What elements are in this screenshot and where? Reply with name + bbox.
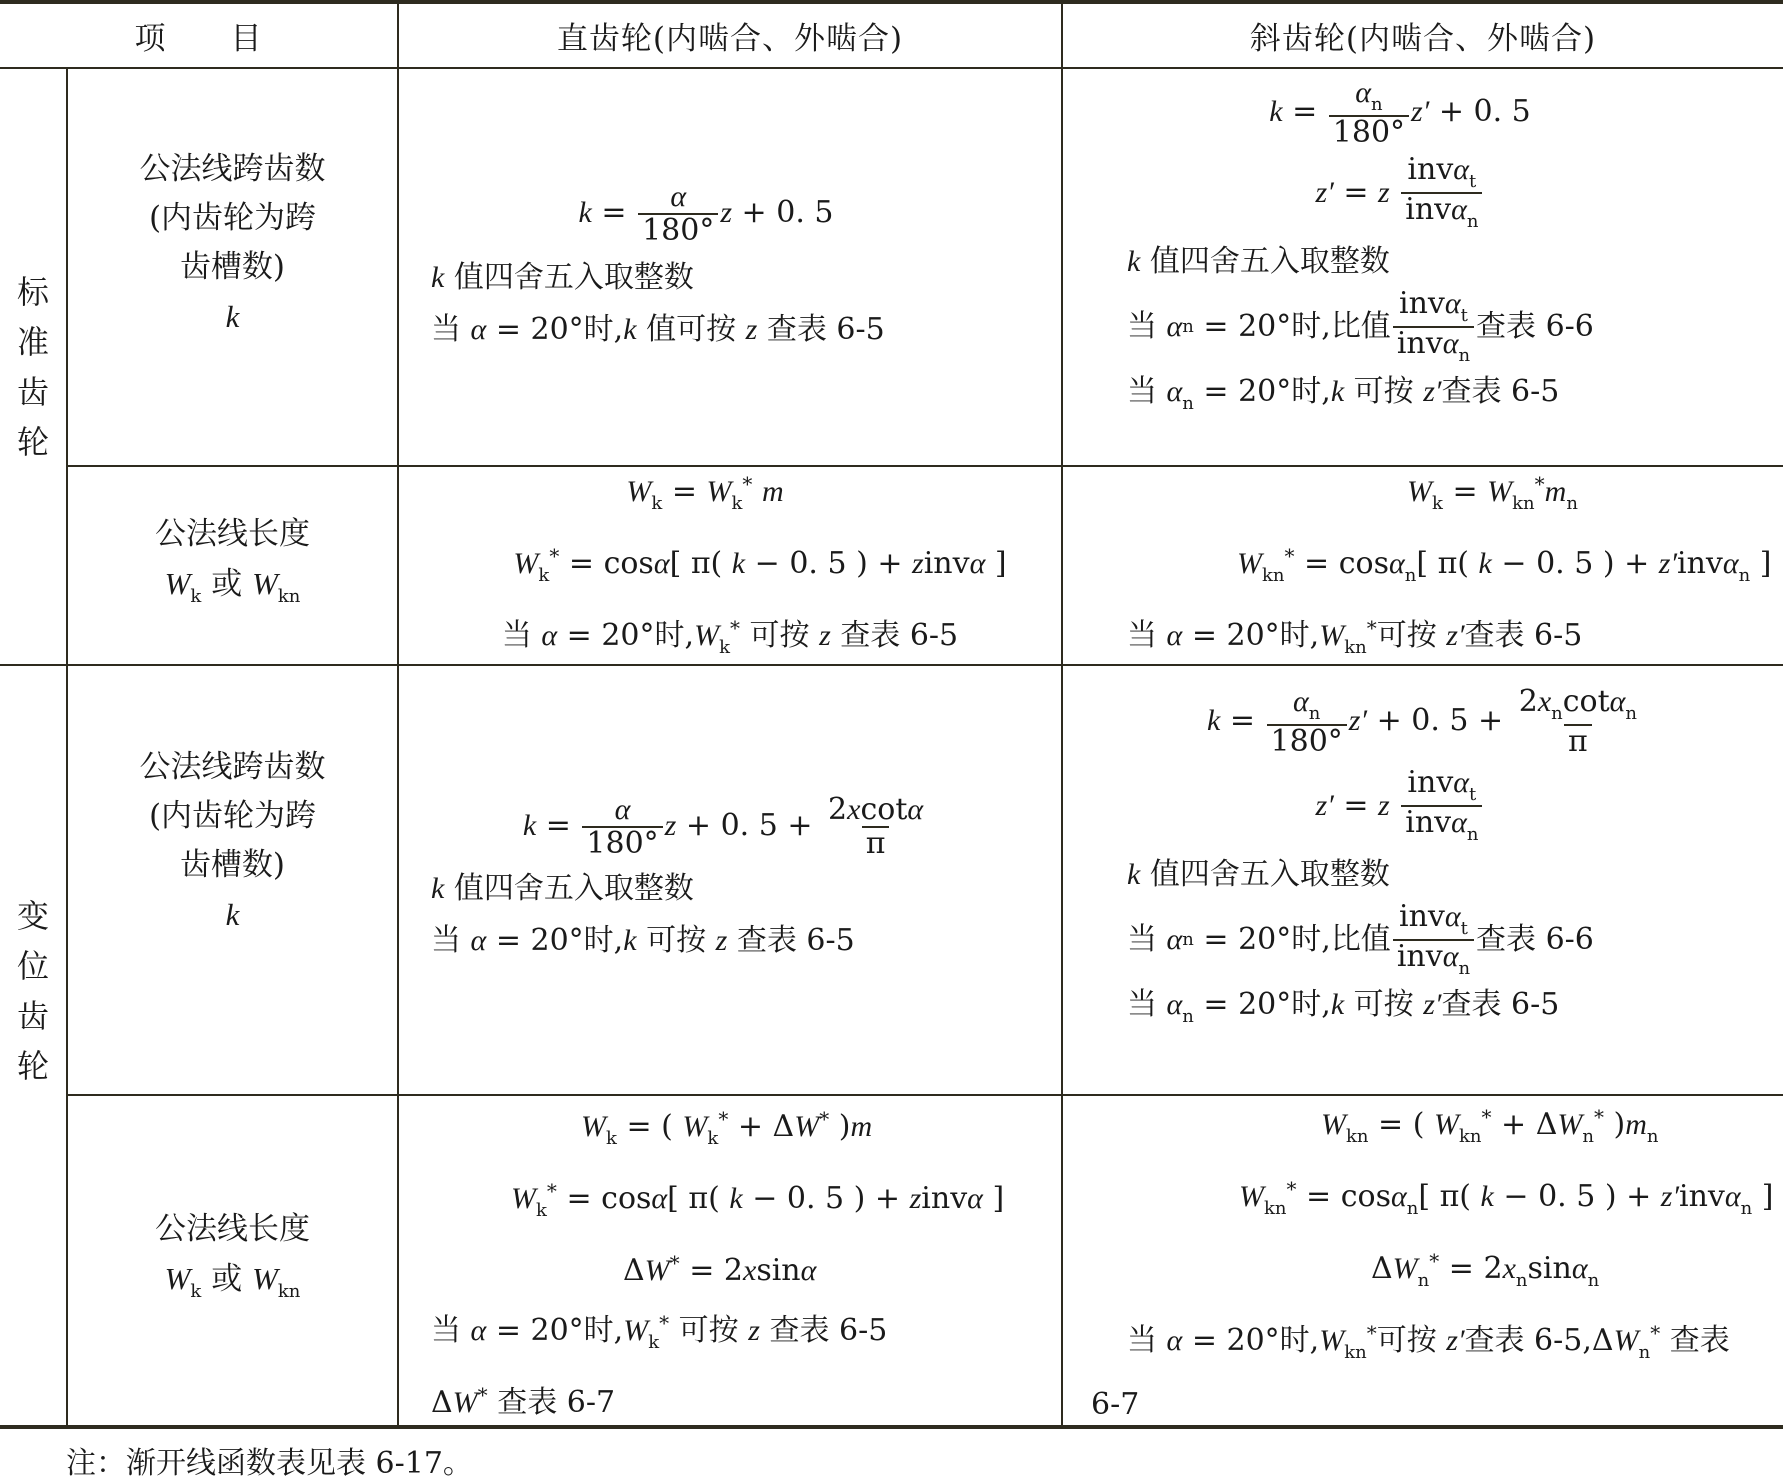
spur-span-count-modified-cell: k = α180° z + 0. 5 + 2xcotαπ k 值四舍五入取整数 … <box>399 666 1061 1094</box>
fraction: αn180° <box>1329 77 1409 148</box>
helical-normal-length-cell: Wk = Wkn*mn Wkn* = cosαn[ π( k − 0. 5 ) … <box>1063 467 1783 664</box>
var-z: z <box>748 1314 760 1347</box>
op-eq: = <box>557 1181 601 1216</box>
fn: inv <box>1397 939 1443 974</box>
table-ref: 查表 6-6 <box>1476 914 1594 966</box>
var-alpha: α <box>471 924 487 957</box>
var-k: k <box>1331 988 1344 1021</box>
gear-formula-table: 项 目 直齿轮(内啮合、外啮合) 斜齿轮(内啮合、外啮合) 标 准 齿 轮 公法… <box>0 0 1783 1428</box>
var-alpha: α <box>1167 1324 1183 1357</box>
numerator: α <box>666 181 690 213</box>
var-W: W <box>1321 1108 1346 1141</box>
lookup-note: 当 αn = 20°时,k 可按 z′查表 6-5 <box>1127 366 1783 430</box>
var-z: z <box>1378 176 1390 211</box>
var-x: x <box>1503 1252 1516 1285</box>
var-alpha: α <box>1451 806 1467 839</box>
op-plus: + <box>1469 704 1513 739</box>
op-plus: + <box>728 1109 772 1144</box>
category-char: 齿 <box>17 991 49 1041</box>
fraction: invαtinvαn <box>1401 154 1482 232</box>
var-alpha: α <box>651 1182 667 1215</box>
subscript: kn <box>1264 1198 1287 1219</box>
subscript: k <box>190 1281 201 1302</box>
fraction: invαtinvαn <box>1401 767 1482 845</box>
formula-k-modified: k = α180° z + 0. 5 + 2xcotαπ <box>431 794 1061 859</box>
number: 2 <box>1483 1251 1502 1286</box>
superscript: * <box>547 1179 557 1203</box>
var-k: k <box>1481 1180 1494 1213</box>
subscript: n <box>1458 345 1470 366</box>
item-line: (内齿轮为跨 <box>149 194 316 243</box>
var-k: k <box>732 547 745 580</box>
op-eq: = <box>536 809 580 844</box>
var-zprime: z′ <box>1349 704 1367 739</box>
text: [ π( <box>1418 1179 1480 1214</box>
op-eq: = <box>592 196 636 231</box>
delta: Δ <box>773 1109 795 1144</box>
lookup-note: 当 α = 20°时,k 值可按 z 查表 6-5 <box>431 304 1061 356</box>
subscript: n <box>1739 565 1751 586</box>
item-normal-length-modified: 公法线长度 Wk 或 Wkn <box>68 1096 397 1425</box>
fn: cot <box>1563 684 1610 719</box>
subscript: kn <box>278 1281 301 1302</box>
formula-k: k = α180° z + 0. 5 <box>431 181 1061 246</box>
category-char: 变 <box>17 891 49 941</box>
item-symbol: Wk 或 Wkn <box>165 559 301 621</box>
header-item-label: 项 目 <box>135 13 263 58</box>
fn: inv <box>921 1181 967 1216</box>
subscript: t <box>1461 918 1468 939</box>
superscript: * <box>1594 1105 1604 1129</box>
fn: cos <box>601 1181 651 1216</box>
text: − 0. 5 ) + <box>1494 1179 1661 1214</box>
subscript: kn <box>1344 1342 1367 1363</box>
lookup-note: 当 α = 20°时,Wk* 可按 z 查表 6-5 <box>502 602 958 674</box>
op-eq: = <box>1283 95 1327 130</box>
var-W: W <box>1319 1324 1344 1357</box>
denominator: π <box>862 826 890 860</box>
superscript: * <box>1429 1249 1439 1273</box>
var-alpha: α <box>654 547 670 580</box>
var-alpha: α <box>1167 988 1183 1021</box>
var-x: x <box>1538 685 1551 718</box>
subscript: k <box>648 1332 659 1353</box>
superscript: * <box>1287 1177 1297 1201</box>
fn: inv <box>1399 286 1445 321</box>
number: 0. 5 <box>776 196 833 231</box>
subscript: n <box>1371 94 1383 115</box>
item-symbol: k <box>226 292 240 341</box>
op-eq: = <box>1334 789 1378 824</box>
var-W: W <box>581 1110 606 1143</box>
superscript: * <box>478 1383 488 1407</box>
var-alpha: α <box>1445 900 1461 933</box>
formula-k-helical: k = αn180° z′ + 0. 5 <box>1127 77 1783 148</box>
text: ( <box>1413 1107 1434 1142</box>
var-zprime: z′ <box>1661 1180 1679 1213</box>
var-k: k <box>729 1182 742 1215</box>
var-k: k <box>1207 704 1220 739</box>
text: 或 <box>201 1261 252 1297</box>
var-alpha: α <box>1453 153 1469 186</box>
var-W: W <box>1393 1252 1418 1285</box>
header-spur-label: 直齿轮(内啮合、外啮合) <box>557 13 903 58</box>
var-z: z <box>716 924 728 957</box>
subscript: n <box>1516 1270 1528 1291</box>
var-W: W <box>1434 1108 1459 1141</box>
var-alpha: α <box>1725 1180 1741 1213</box>
var-alpha: α <box>1167 301 1183 353</box>
text: 比值 <box>1331 914 1391 966</box>
var-k: k <box>1331 375 1344 408</box>
spur-normal-length-modified-cell: Wk = ( Wk* + ΔW* )m Wk* = cosα[ π( k − 0… <box>399 1096 1061 1425</box>
var-W: W <box>682 1110 707 1143</box>
var-W: W <box>513 547 538 580</box>
table-ref: 查表 6-6 <box>1476 301 1594 353</box>
var-alpha: α <box>471 313 487 346</box>
op-eq: = <box>1297 1179 1341 1214</box>
op-eq: = <box>1443 474 1487 509</box>
subscript: n <box>1566 493 1578 514</box>
text: ] <box>1750 546 1771 581</box>
subscript: n <box>1309 703 1321 724</box>
op-plus: + <box>732 196 776 231</box>
item-span-count-modified: 公法线跨齿数 (内齿轮为跨 齿槽数) k <box>68 666 397 1094</box>
rounding-note: k 值四舍五入取整数 <box>431 863 1061 915</box>
numerator: α <box>611 794 635 826</box>
fraction: α180° <box>638 181 718 246</box>
var-W: W <box>1239 1180 1264 1213</box>
subscript: n <box>1647 1126 1659 1147</box>
var-alpha: α <box>1293 685 1309 718</box>
var-alpha: α <box>1445 287 1461 320</box>
superscript: * <box>742 472 752 496</box>
text: ] <box>983 1181 1004 1216</box>
subscript: n <box>1182 914 1194 966</box>
text: ] <box>1752 1179 1773 1214</box>
fraction: 2xncotαnπ <box>1515 686 1641 757</box>
table-ref: 6-7 <box>1091 1387 1139 1422</box>
denominator: 180° <box>638 213 718 247</box>
var-zprime: z′ <box>1659 547 1677 580</box>
fn: inv <box>1679 1179 1725 1214</box>
text: 当 <box>1127 618 1167 653</box>
var-alpha: α <box>1355 76 1371 109</box>
op-plus: + <box>1491 1107 1535 1142</box>
item-symbol: Wk 或 Wkn <box>165 1254 301 1316</box>
subscript: k <box>707 1128 718 1149</box>
op-eq: = <box>1295 546 1339 581</box>
op-eq: = <box>559 546 603 581</box>
fn: inv <box>1407 765 1453 800</box>
rounding-note: k 值四舍五入取整数 <box>1127 849 1783 901</box>
denominator: 180° <box>582 826 662 860</box>
var-W: W <box>707 475 732 508</box>
op-eq: = <box>1439 1251 1483 1286</box>
text: = 20°时, <box>1182 1323 1319 1358</box>
var-W: W <box>252 1261 278 1296</box>
item-line: 齿槽数) <box>180 243 285 292</box>
var-k: k <box>1269 95 1282 130</box>
superscript: * <box>1367 1321 1377 1345</box>
op-plus: + <box>1367 704 1411 739</box>
text: = 20°时, <box>1194 987 1331 1022</box>
var-W: W <box>511 1182 536 1215</box>
text: 当 <box>1127 987 1167 1022</box>
denominator: π <box>1564 724 1592 758</box>
superscript: * <box>718 1107 728 1131</box>
var-alpha: α <box>907 793 923 826</box>
text: − 0. 5 ) + <box>1492 546 1659 581</box>
var-x: x <box>847 793 860 826</box>
formula-Wk: Wk = Wk* m <box>626 458 833 530</box>
text: 当 <box>431 923 471 958</box>
var-k: k <box>1127 245 1140 278</box>
header-item: 项 目 <box>0 4 397 67</box>
var-k: k <box>579 196 592 231</box>
subscript: k <box>536 1200 547 1221</box>
var-W: W <box>623 1314 648 1347</box>
number: 2 <box>828 792 847 827</box>
subscript: k <box>719 637 730 658</box>
superscript: * <box>1650 1321 1660 1345</box>
var-alpha: α <box>1453 766 1469 799</box>
text: 当 <box>1127 914 1167 966</box>
lookup-note: 当 α = 20°时,k 可按 z 查表 6-5 <box>431 915 1061 967</box>
subscript: kn <box>1459 1126 1482 1147</box>
subscript: k <box>1432 493 1443 514</box>
lookup-note: 当 α = 20°时,Wkn*可按 z′查表 6-5 <box>1127 602 1783 674</box>
denominator: 180° <box>1267 724 1347 758</box>
fn: inv <box>1397 326 1443 361</box>
var-k: k <box>623 924 636 957</box>
var-W: W <box>626 475 651 508</box>
header-helical-label: 斜齿轮(内啮合、外啮合) <box>1250 13 1596 58</box>
item-line: 公法线跨齿数 <box>140 743 326 792</box>
lookup-note: 当 αn = 20°时,k 可按 z′查表 6-5 <box>1127 979 1783 1043</box>
superscript: * <box>549 544 559 568</box>
subscript: kn <box>1344 637 1367 658</box>
denominator: 180° <box>1329 115 1409 149</box>
text: 可按 <box>669 1313 748 1348</box>
fn: cos <box>604 546 654 581</box>
superscript: * <box>1367 616 1377 640</box>
var-alpha: α <box>1451 193 1467 226</box>
text: = 20°时, <box>486 1313 623 1348</box>
text: 当 <box>502 618 542 653</box>
var-z: z <box>912 547 924 580</box>
delta: Δ <box>1536 1107 1558 1142</box>
category-char: 标 <box>17 267 49 317</box>
table-ref: 查表 6-5 <box>1441 987 1559 1022</box>
subscript: n <box>1407 1198 1419 1219</box>
var-alpha: α <box>1391 1180 1407 1213</box>
delta: Δ <box>431 1385 453 1420</box>
table-ref: 查表 6-5 <box>1441 374 1559 409</box>
subscript: k <box>538 565 549 586</box>
var-m: m <box>762 475 784 508</box>
var-alpha: α <box>1443 327 1459 360</box>
table-ref: 查表 6-5 <box>737 923 855 958</box>
subscript: n <box>1458 958 1470 979</box>
var-zprime: z′ <box>1316 789 1334 824</box>
fn: inv <box>1405 192 1451 227</box>
subscript: t <box>1469 784 1476 805</box>
number: 0. 5 <box>1474 95 1531 130</box>
formula-zprime: z′ = z invαtinvαn <box>1127 154 1783 232</box>
text: − 0. 5 ) + <box>745 546 912 581</box>
subscript: k <box>190 586 201 607</box>
formula-delta-W: ΔW* = 2xsinα <box>431 1237 1061 1297</box>
fraction: invαtinvαn <box>1393 901 1474 979</box>
subscript: kn <box>1346 1126 1369 1147</box>
delta: Δ <box>1592 1323 1614 1358</box>
superscript: * <box>1535 472 1545 496</box>
text: 或 <box>201 566 252 602</box>
text: 当 <box>1127 374 1167 409</box>
var-alpha: α <box>1167 914 1183 966</box>
formula-Wk-helical: Wk = Wkn*mn <box>1127 458 1783 530</box>
subscript: n <box>1405 565 1417 586</box>
text: [ π( <box>667 1181 729 1216</box>
fraction: α180° <box>582 794 662 859</box>
subscript: k <box>732 493 743 514</box>
fn: inv <box>1405 805 1451 840</box>
number: 2 <box>724 1253 743 1288</box>
text: 当 <box>431 1313 471 1348</box>
var-z: z <box>665 809 677 844</box>
op-plus: + <box>778 809 822 844</box>
var-m: m <box>1545 475 1567 508</box>
var-z: z <box>720 196 732 231</box>
var-k: k <box>431 261 444 294</box>
op-eq: = <box>662 474 706 509</box>
text: = 20°时, <box>486 312 623 347</box>
text: 当 <box>1127 301 1167 353</box>
table-ref: 查表 6-5 <box>1465 1323 1583 1358</box>
header-spur: 直齿轮(内啮合、外啮合) <box>399 4 1061 67</box>
header-helical: 斜齿轮(内啮合、外啮合) <box>1063 4 1783 67</box>
text: = 20°时, <box>557 618 694 653</box>
delta-lookup-note: ΔW* 查表 6-7 <box>431 1369 1061 1429</box>
var-k: k <box>431 872 444 905</box>
var-k: k <box>1479 547 1492 580</box>
formula-Wkn-star: Wkn* = cosαn[ π( k − 0. 5 ) + z′invαn ] <box>1127 530 1783 602</box>
delta: Δ <box>1371 1251 1393 1286</box>
text: = 20°时, <box>486 923 623 958</box>
item-line: 齿槽数) <box>180 841 285 890</box>
fn: inv <box>1407 152 1453 187</box>
text: 可按 <box>637 923 716 958</box>
text: 当 <box>431 312 471 347</box>
var-zprime: z′ <box>1316 176 1334 211</box>
text: = 20°时, <box>1194 374 1331 409</box>
var-alpha: α <box>1723 547 1739 580</box>
category-modified-gear: 变 位 齿 轮 <box>0 666 66 1425</box>
text: , <box>1582 1323 1592 1358</box>
var-W: W <box>252 566 278 601</box>
helical-normal-length-modified-cell: Wkn = ( Wkn* + ΔWn* )mn Wkn* = cosαn[ π(… <box>1063 1096 1783 1425</box>
var-W: W <box>165 566 191 601</box>
text: = 20°时, <box>1182 618 1319 653</box>
subscript: kn <box>278 586 301 607</box>
var-x: x <box>743 1254 756 1287</box>
formula-Wk-star: Wk* = cosα[ π( k − 0. 5 ) + zinvα ] <box>431 1165 1061 1237</box>
var-W: W <box>645 1254 670 1287</box>
var-zprime: z′ <box>1446 619 1464 652</box>
helical-span-count-cell: k = αn180° z′ + 0. 5 z′ = z invαtinvαn k… <box>1063 69 1783 465</box>
subscript: n <box>1418 1270 1430 1291</box>
subscript: n <box>1582 1126 1594 1147</box>
var-W: W <box>1487 475 1512 508</box>
subscript: n <box>1182 1006 1194 1027</box>
var-zprime: z′ <box>1423 375 1441 408</box>
subscript: n <box>1182 301 1194 353</box>
op-eq: = <box>1220 704 1264 739</box>
subscript: n <box>1182 393 1194 414</box>
fn: inv <box>1677 546 1723 581</box>
var-alpha: α <box>1572 1252 1588 1285</box>
var-k: k <box>1127 858 1140 891</box>
superscript: * <box>1481 1105 1491 1129</box>
table-ref: 查表 6-5 <box>769 1313 887 1348</box>
table-ref: 查表 6-5 <box>840 618 958 653</box>
var-alpha: α <box>1389 547 1405 580</box>
formula-delta-Wn: ΔWn* = 2xnsinαn <box>1091 1235 1783 1307</box>
subscript: n <box>1467 824 1479 845</box>
var-alpha: α <box>1167 375 1183 408</box>
superscript: * <box>1285 544 1295 568</box>
text: 可按 <box>1377 618 1447 653</box>
var-k: k <box>623 313 636 346</box>
number: 0. 5 <box>721 809 778 844</box>
var-W: W <box>1319 619 1344 652</box>
text: 值可按 <box>637 312 746 347</box>
table-ref: 查表 6-5 <box>1465 618 1583 653</box>
rounding-note: k 值四舍五入取整数 <box>431 252 1061 304</box>
text: = 20°时, <box>1194 914 1331 966</box>
var-alpha: α <box>471 1314 487 1347</box>
var-k: k <box>523 809 536 844</box>
var-zprime: z′ <box>1446 1324 1464 1357</box>
formula-Wkn-modified: Wkn = ( Wkn* + ΔWn* )mn <box>1091 1091 1783 1163</box>
text: 当 <box>1127 1323 1167 1358</box>
text: 可按 <box>740 618 819 653</box>
text: 比值 <box>1331 301 1391 353</box>
spur-normal-length-cell: Wk = Wk* m Wk* = cosα[ π( k − 0. 5 ) + z… <box>399 467 1061 664</box>
text: = 20°时, <box>1194 301 1331 353</box>
var-z: z <box>1378 789 1390 824</box>
ratio-note: 当 αn = 20°时,比值 invαtinvαn 查表 6-6 <box>1127 901 1783 979</box>
note-text: 值四舍五入取整数 <box>1150 857 1390 892</box>
table-ref: 查表 6-5 <box>767 312 885 347</box>
var-z: z <box>746 313 758 346</box>
subscript: k <box>651 493 662 514</box>
var-alpha: α <box>970 547 986 580</box>
note-text: 值四舍五入取整数 <box>1150 244 1390 279</box>
subscript: n <box>1741 1198 1753 1219</box>
note-text: 值四舍五入取整数 <box>454 260 694 295</box>
formula-zprime: z′ = z invαtinvαn <box>1127 767 1783 845</box>
fn: sin <box>756 1253 800 1288</box>
var-alpha: α <box>1167 619 1183 652</box>
formula-k-helical-modified: k = αn180° z′ + 0. 5 + 2xncotαnπ <box>1127 686 1783 757</box>
var-W: W <box>694 619 719 652</box>
text: − 0. 5 ) + <box>743 1181 910 1216</box>
op-plus: + <box>1429 95 1473 130</box>
category-standard-gear: 标 准 齿 轮 <box>0 69 66 664</box>
superscript: * <box>819 1107 829 1131</box>
